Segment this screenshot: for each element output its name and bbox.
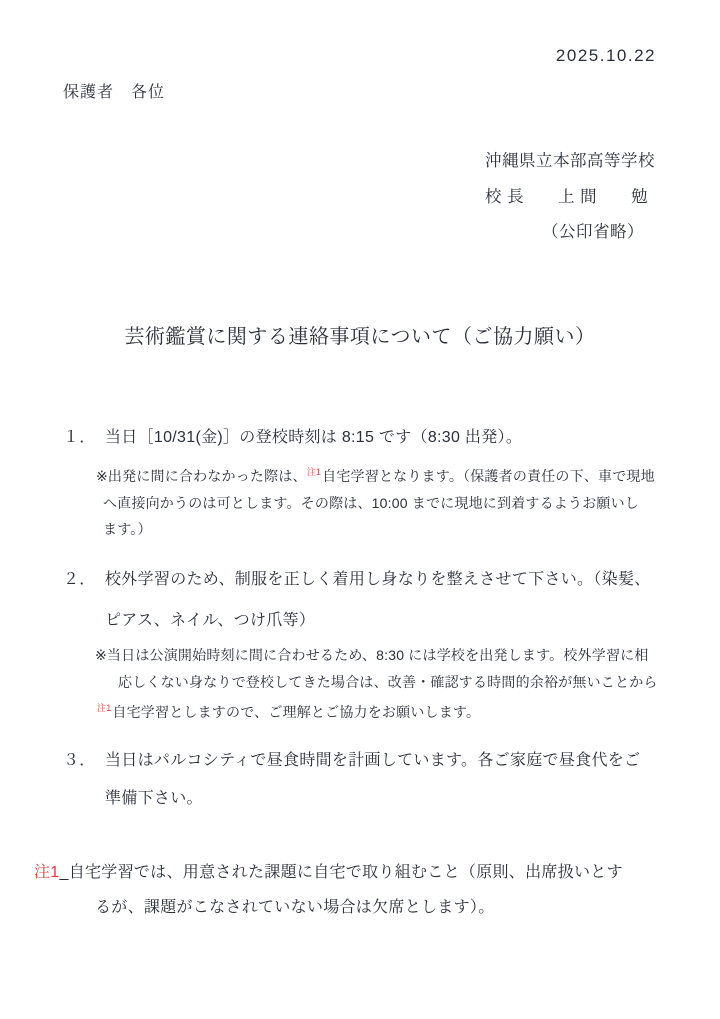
sender-block: 沖縄県立本部高等学校 校 長 上 間 勉 （公印省略） [485,144,655,251]
sender-school: 沖縄県立本部高等学校 [485,144,655,180]
note-1-line-2: へ直接向かうのは可とします。その際は、10:00 までに現地に到着するようお願い… [96,490,655,517]
notice-document: 2025.10.22 保護者 各位 沖縄県立本部高等学校 校 長 上 間 勉 （… [0,0,720,1019]
item-3-text-line-2: 準備下さい。 [105,790,203,807]
note-1-line-3: ます。） [96,516,655,543]
note-2-line-1: ※当日は公演開始時刻に間に合わせるため、8:30 には学校を出発します。校外学習… [95,642,658,669]
footnote-separator: _ [60,864,69,881]
note-2-line-2: 応しくない身なりで登校してきた場合は、改善・確認する時間的余裕が無いことから [95,669,658,696]
footnote-note1: 注1_自宅学習では、用意された課題に自宅で取り組むこと（原則、出席扱いとす るが… [34,855,623,925]
home-study-superscript: 注1 [307,467,321,477]
item-2-note: ※当日は公演開始時刻に間に合わせるため、8:30 には学校を出発します。校外学習… [95,642,658,726]
footnote-label: 注1 [34,864,60,881]
item-3-number: ３． [63,742,105,818]
list-item-3: ３． 当日はパルコシティで昼食時間を計画しています。各ご家庭で昼食代をご 準備下… [63,742,680,818]
document-date: 2025.10.22 [0,46,656,66]
item-2-text-line-1: 校外学習のため、制服を正しく着用し身なりを整えさせて下さい。（染髪、 [105,571,651,588]
note-2-line-3: 注1自宅学習としますので、ご理解とご協力をお願いします。 [95,695,658,726]
item-2-text-line-2: ピアス、ネイル、つけ爪等） [105,612,315,629]
list-item-2: ２． 校外学習のため、制服を正しく着用し身なりを整えさせて下さい。（染髪、 ピア… [63,559,680,641]
item-1-note: ※出発に間に合わなかった際は、注1自宅学習となります。（保護者の責任の下、車で現… [96,459,655,543]
footnote-line-2: るが、課題がこなされていない場合は欠席とします）。 [34,890,623,925]
note-1-line-1: ※出発に間に合わなかった際は、注1自宅学習となります。（保護者の責任の下、車で現… [96,459,655,490]
home-study-superscript: 注1 [97,703,111,713]
item-1-text: 当日［10/31(金)］の登校時刻は 8:15 です（8:30 出発）。 [105,429,522,446]
recipient-line: 保護者 各位 [63,79,165,102]
item-1-number: １． [63,417,105,458]
document-title: 芸術鑑賞に関する連絡事項について（ご協力願い） [0,320,720,349]
item-2-number: ２． [63,559,105,641]
sender-principal: 校 長 上 間 勉 [485,180,655,216]
sender-seal-note: （公印省略） [485,215,655,251]
list-item-1: １． 当日［10/31(金)］の登校時刻は 8:15 です（8:30 出発）。 [63,417,680,458]
item-3-text-line-1: 当日はパルコシティで昼食時間を計画しています。各ご家庭で昼食代をご [105,752,640,769]
footnote-line-1: 注1_自宅学習では、用意された課題に自宅で取り組むこと（原則、出席扱いとす [34,855,623,890]
